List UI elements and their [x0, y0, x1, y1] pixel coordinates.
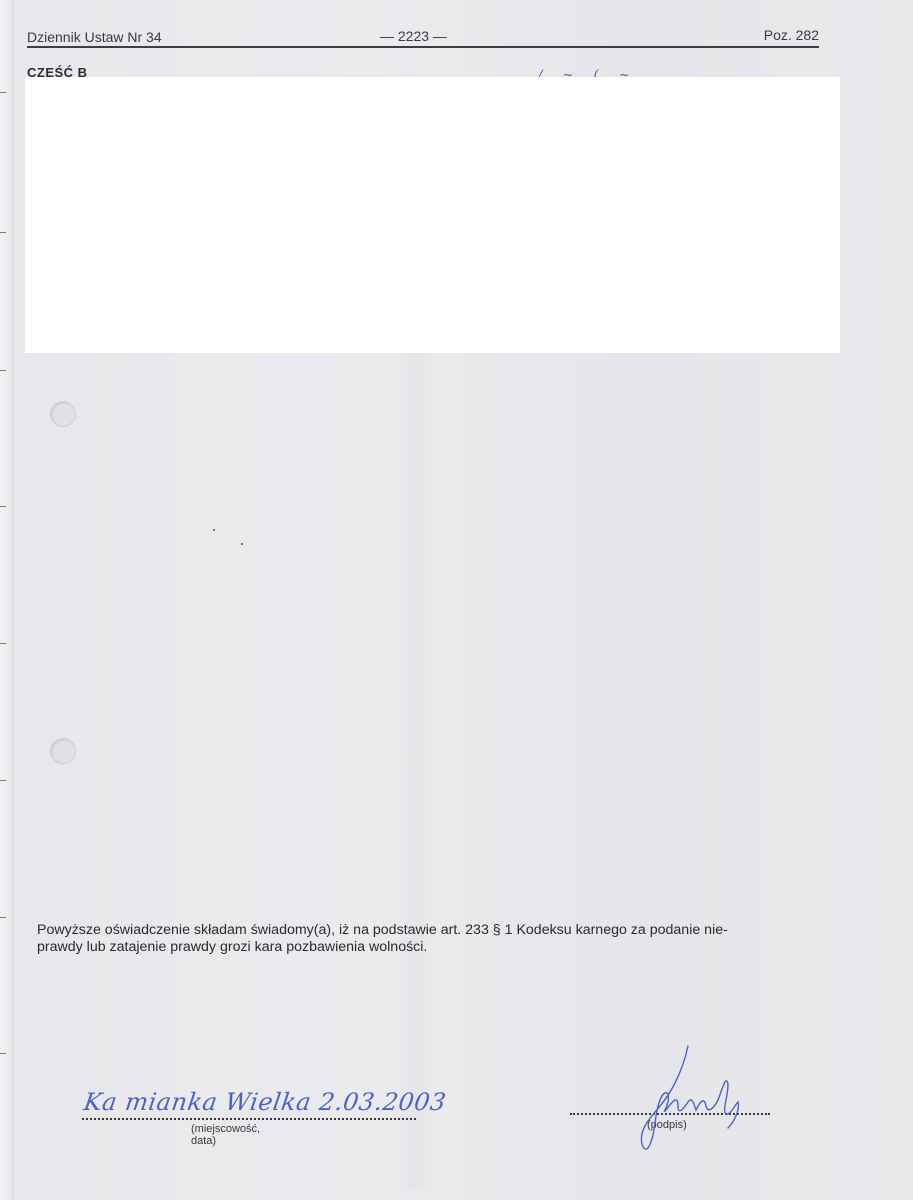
- margin-tick: [0, 643, 6, 644]
- redaction-block: [25, 77, 840, 353]
- margin-tick: [0, 92, 6, 93]
- handwritten-signature: [630, 1044, 760, 1156]
- margin-tick: [0, 370, 6, 371]
- publication-title: Dziennik Ustaw Nr 34: [27, 29, 162, 45]
- position-number: Poz. 282: [764, 27, 819, 43]
- page-header: Dziennik Ustaw Nr 34 — 2223 — Poz. 282: [27, 27, 819, 47]
- place-date-dotted-line: [82, 1118, 416, 1120]
- section-title: CZĘŚĆ B: [27, 65, 88, 77]
- margin-tick: [0, 232, 6, 233]
- margin-tick: [0, 506, 6, 507]
- declaration-paragraph: Powyższe oświadczenie składam świadomy(a…: [37, 922, 837, 956]
- punch-hole: [50, 401, 76, 427]
- handwritten-place-date: Ka mianka Wielka 2.03.2003: [82, 1088, 448, 1116]
- margin-tick: [0, 917, 6, 918]
- place-date-caption: (miejscowość, data): [191, 1123, 260, 1147]
- scan-speck: [241, 543, 243, 545]
- header-rule: [27, 46, 819, 48]
- margin-tick: [0, 1053, 6, 1054]
- handwritten-annotation-fragment: / ~ ( ~ ): [538, 68, 648, 77]
- scan-speck: [213, 529, 215, 531]
- punch-hole: [50, 738, 76, 764]
- declaration-line-1: Powyższe oświadczenie składam świadomy(a…: [37, 922, 837, 939]
- scan-left-edge: [0, 0, 14, 1200]
- margin-tick: [0, 780, 6, 781]
- declaration-line-2: prawdy lub zatajenie prawdy grozi kara p…: [37, 939, 837, 956]
- page-number: — 2223 —: [380, 28, 447, 44]
- page-fold-shadow: [394, 350, 434, 1190]
